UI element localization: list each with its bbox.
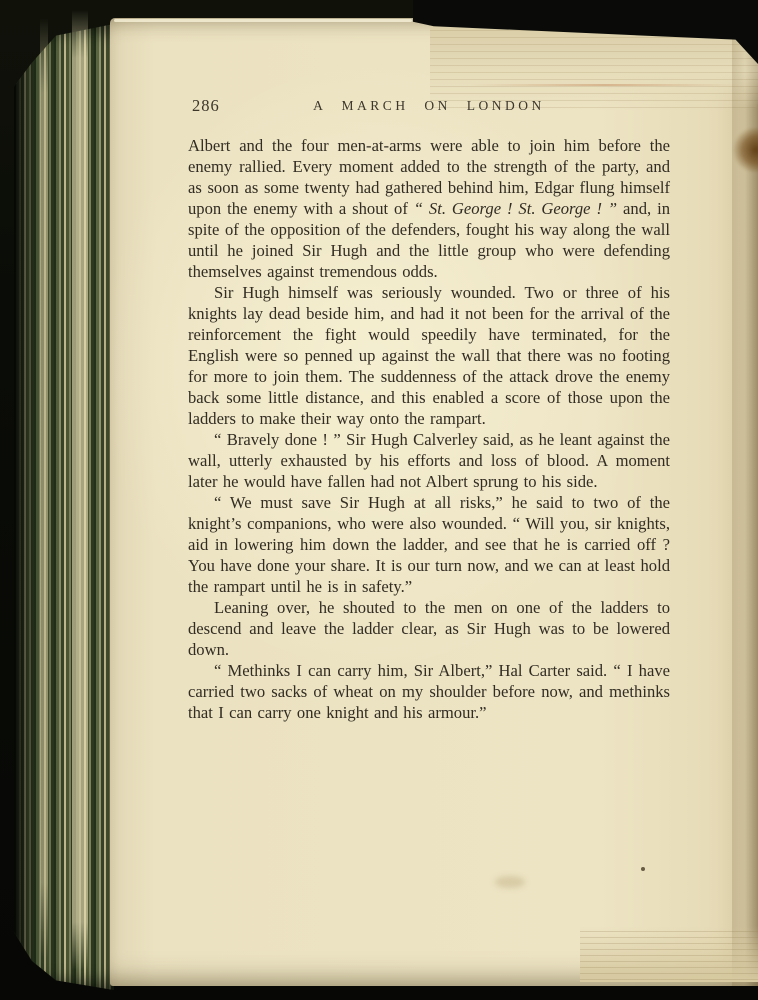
fore-edge-striations-bottom (580, 926, 758, 982)
paragraph: “ Methinks I can carry him, Sir Albert,”… (188, 660, 670, 723)
running-header-title: A MARCH ON LONDON (188, 98, 670, 114)
paper-stain (732, 128, 758, 172)
paragraph-text: Leaning over, he shouted to the men on o… (188, 598, 670, 659)
italic-quote: “ St. George ! St. George ! ” (414, 199, 617, 218)
text-column: 286 A MARCH ON LONDON Albert and the fou… (188, 96, 670, 723)
paragraph: “ Bravely done ! ” Sir Hugh Calverley sa… (188, 429, 670, 492)
paragraph: Sir Hugh himself was seriously wounded. … (188, 282, 670, 429)
paragraph: Leaning over, he shouted to the men on o… (188, 597, 670, 660)
fore-edge-accent-line (470, 84, 740, 86)
paragraph: Albert and the four men-at-arms were abl… (188, 135, 670, 282)
paragraph-text: “ Methinks I can carry him, Sir Albert,”… (188, 661, 670, 722)
book-photo-scene: 286 A MARCH ON LONDON Albert and the fou… (0, 0, 758, 1000)
left-page-edges (14, 24, 114, 990)
paper-smudge (495, 876, 525, 888)
page-edge-highlight (72, 10, 88, 970)
page-edge-highlight (40, 18, 48, 958)
running-head: 286 A MARCH ON LONDON (188, 96, 670, 116)
paragraph-text: Sir Hugh himself was seriously wounded. … (188, 283, 670, 428)
page-top-edge (114, 19, 412, 22)
paper-speck (641, 867, 645, 871)
page-body-text: Albert and the four men-at-arms were abl… (188, 135, 670, 723)
paragraph: “ We must save Sir Hugh at all risks,” h… (188, 492, 670, 597)
paragraph-text: “ Bravely done ! ” Sir Hugh Calverley sa… (188, 430, 670, 491)
paragraph-text: “ We must save Sir Hugh at all risks,” h… (188, 493, 670, 596)
